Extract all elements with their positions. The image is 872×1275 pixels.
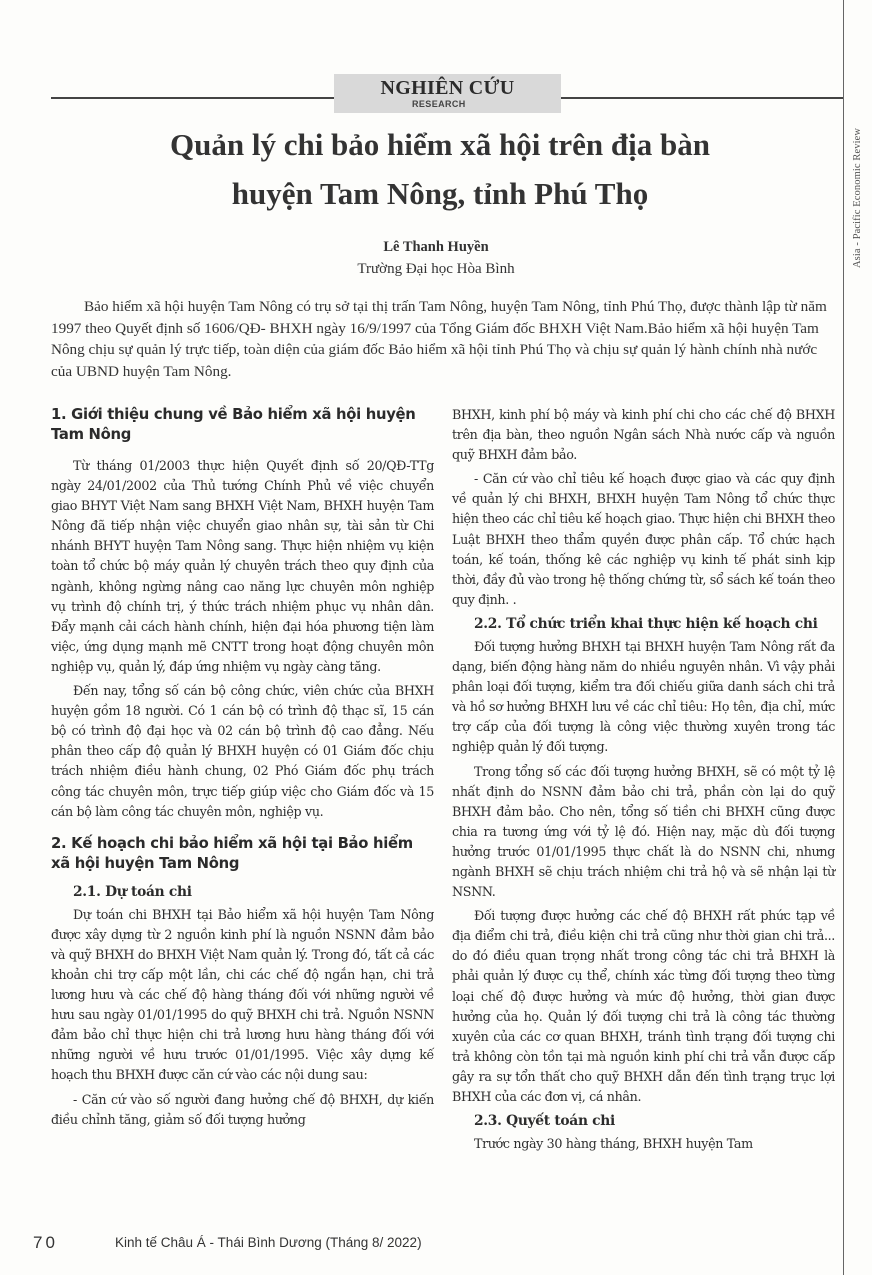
subsection-heading-2-3: 2.3. Quyết toán chi: [452, 1111, 835, 1131]
banner-rule-right: [561, 97, 843, 99]
section-banner-title: NGHIÊN CỨU: [334, 77, 561, 99]
article-title-line-2: huyện Tam Nông, tỉnh Phú Thọ: [60, 169, 820, 218]
paragraph: Trong tổng số các đối tượng hưởng BHXH, …: [452, 762, 835, 903]
paragraph: - Căn cứ vào số người đang hưởng chế độ …: [51, 1090, 434, 1130]
subsection-heading-2-2: 2.2. Tổ chức triển khai thực hiện kế hoạ…: [452, 614, 835, 634]
section-banner: NGHIÊN CỨU RESEARCH: [334, 74, 561, 113]
author-name: Lê Thanh Huyền: [0, 239, 872, 256]
paragraph: Đối tượng hưởng BHXH tại BHXH huyện Tam …: [452, 637, 835, 758]
journal-footer: Kinh tế Châu Á - Thái Bình Dương (Tháng …: [115, 1235, 422, 1250]
author-affiliation: Trường Đại học Hòa Bình: [0, 261, 872, 278]
abstract: Bảo hiểm xã hội huyện Tam Nông có trụ sở…: [51, 296, 829, 382]
paragraph: - Căn cứ vào chỉ tiêu kế hoạch được giao…: [452, 469, 835, 610]
section-banner-subtitle: RESEARCH: [364, 99, 561, 109]
section-heading-2: 2. Kế hoạch chi bảo hiểm xã hội tại Bảo …: [51, 834, 434, 874]
paragraph: Đến nay, tổng số cán bộ công chức, viên …: [51, 681, 434, 822]
article-title: Quản lý chi bảo hiểm xã hội trên địa bàn…: [60, 120, 820, 218]
left-column: 1. Giới thiệu chung về Bảo hiểm xã hội h…: [51, 405, 434, 1134]
margin-vertical-rule: [843, 0, 844, 1275]
paragraph: Từ tháng 01/2003 thực hiện Quyết định số…: [51, 456, 434, 677]
page-number: 70: [33, 1233, 58, 1253]
article-title-line-1: Quản lý chi bảo hiểm xã hội trên địa bàn: [60, 120, 820, 169]
paragraph: Đối tượng được hưởng các chế độ BHXH rất…: [452, 906, 835, 1107]
banner-rule-left: [51, 97, 334, 99]
section-heading-1: 1. Giới thiệu chung về Bảo hiểm xã hội h…: [51, 405, 434, 445]
paragraph: Dự toán chi BHXH tại Bảo hiểm xã hội huy…: [51, 905, 434, 1086]
right-column: BHXH, kinh phí bộ máy và kinh phí chi ch…: [452, 405, 835, 1158]
paragraph: BHXH, kinh phí bộ máy và kinh phí chi ch…: [452, 405, 835, 465]
paragraph: Trước ngày 30 hàng tháng, BHXH huyện Tam: [452, 1134, 835, 1154]
subsection-heading-2-1: 2.1. Dự toán chi: [51, 882, 434, 902]
